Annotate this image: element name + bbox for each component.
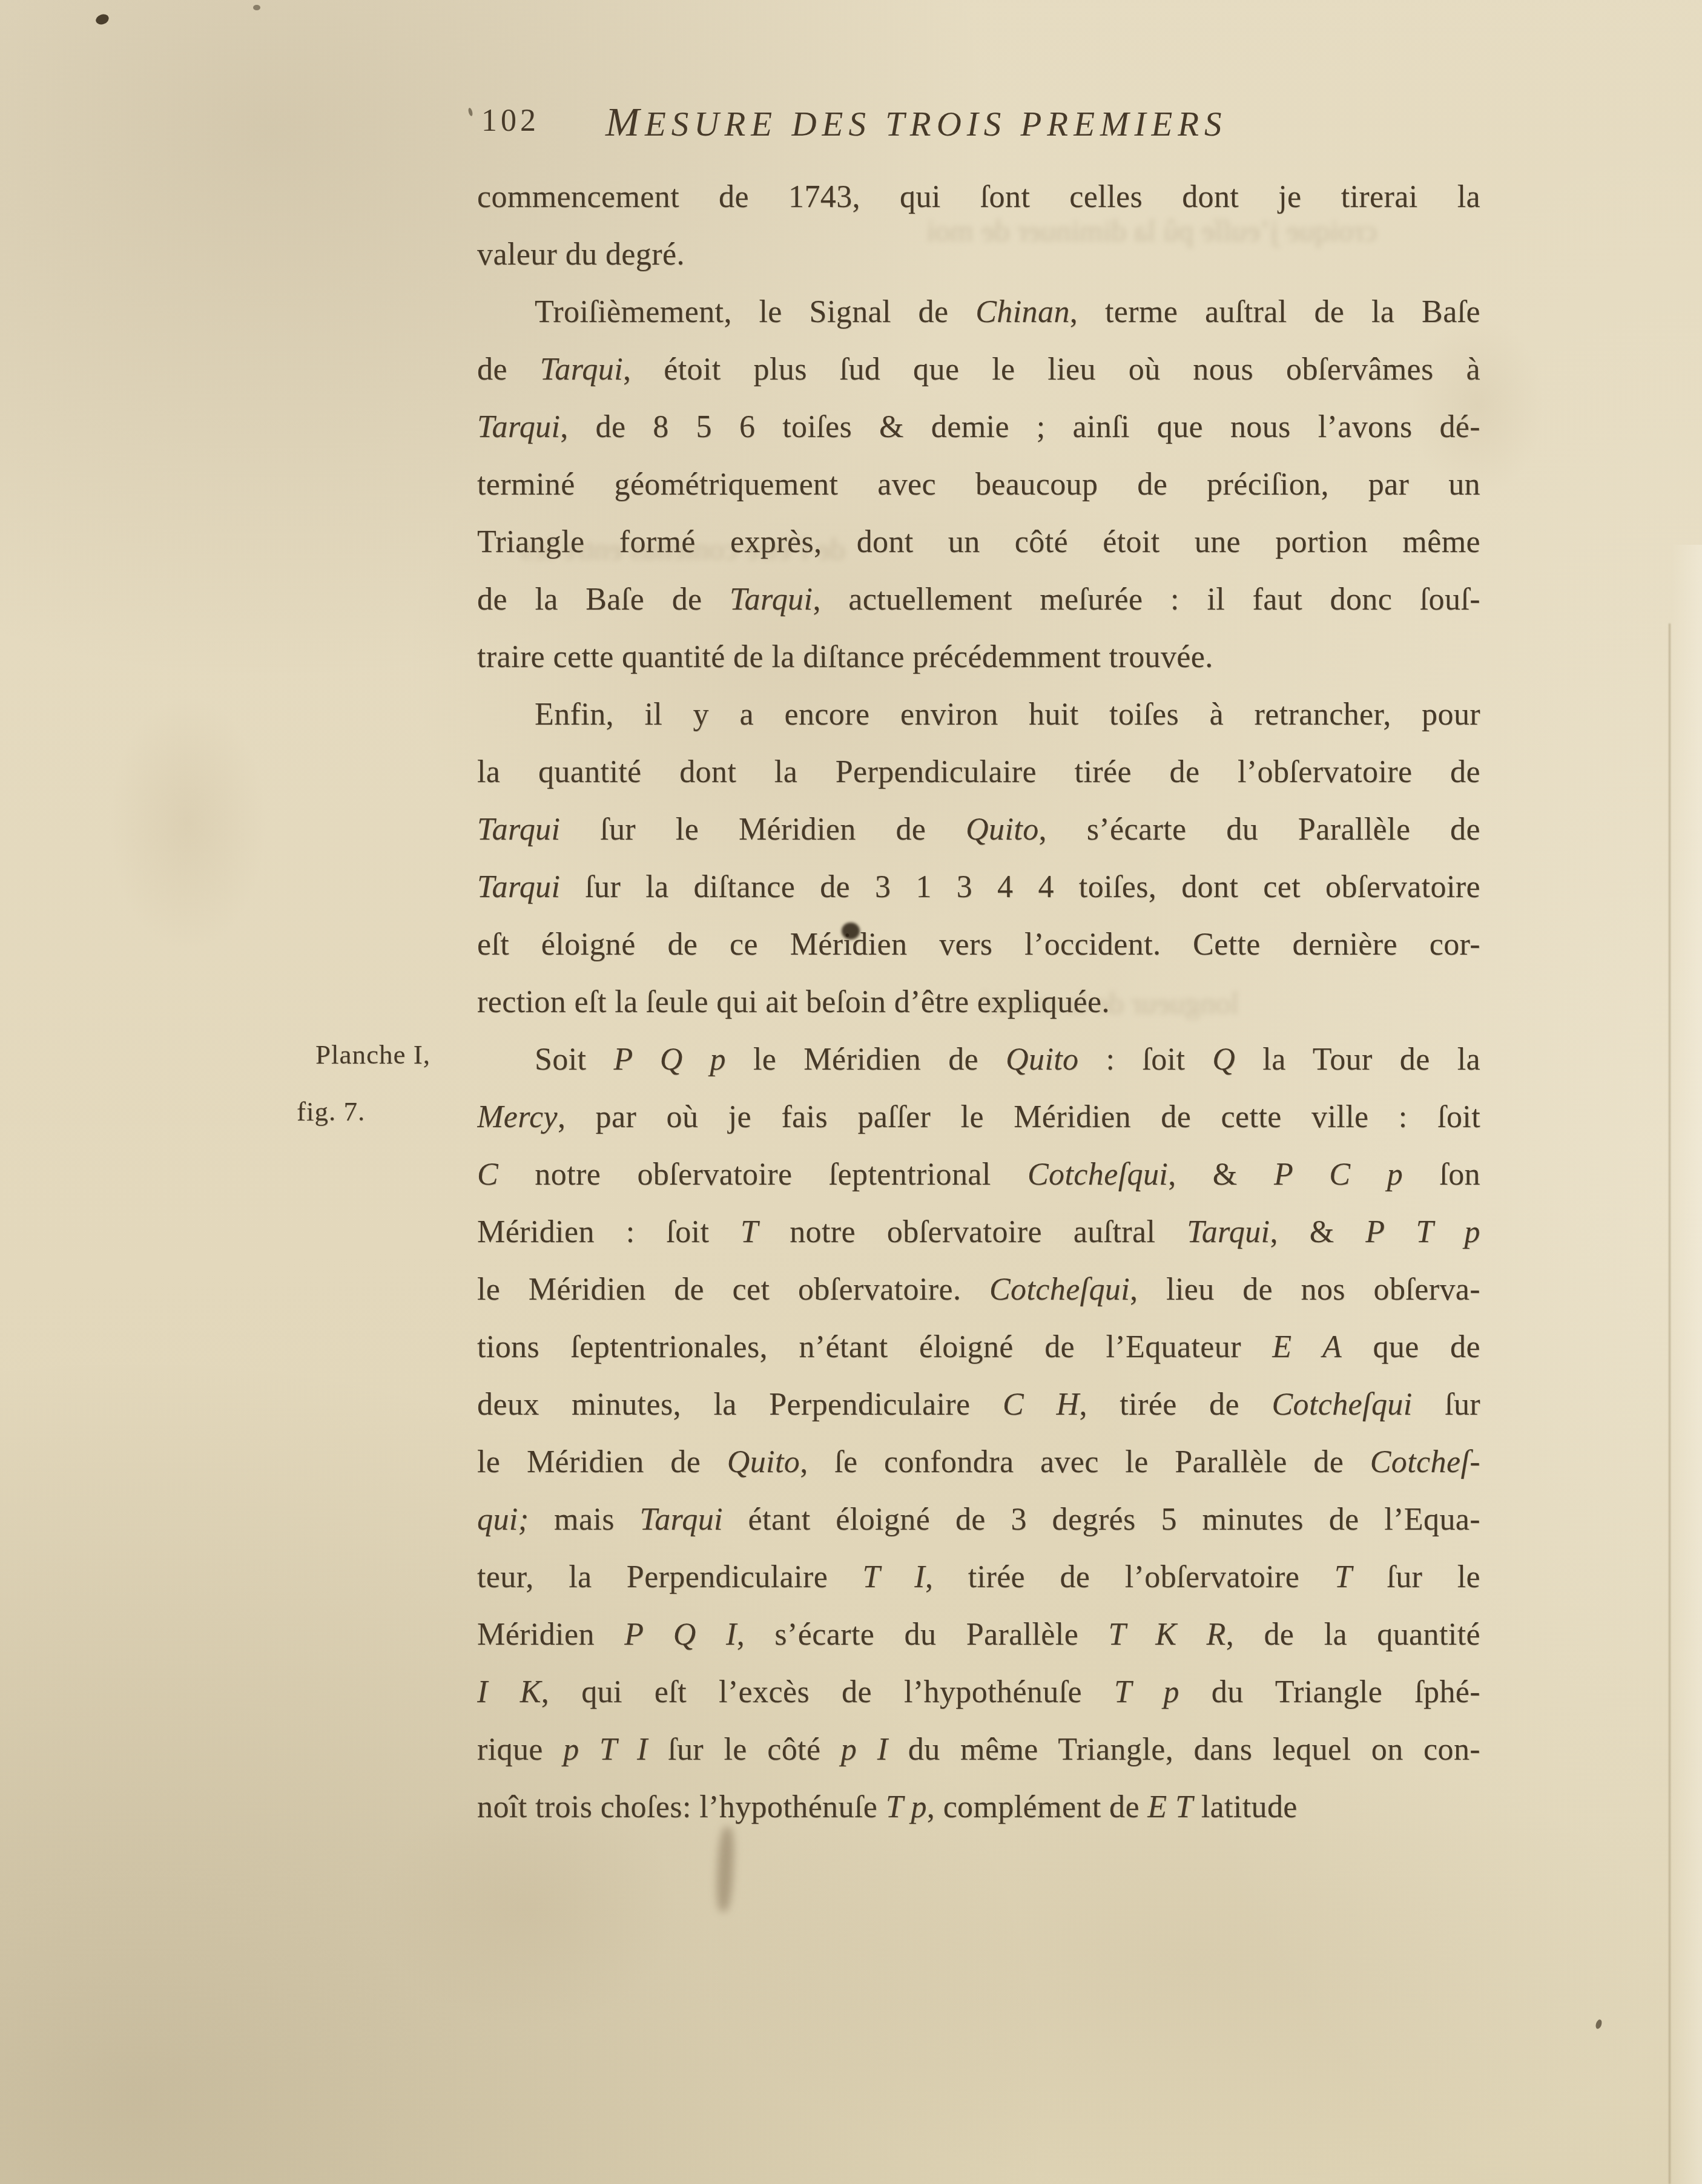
italic-text-segment: P C p <box>1274 1157 1403 1192</box>
ink-speck <box>1595 2019 1603 2030</box>
text-segment: noît trois choſes: l’hypothénuſe <box>477 1790 886 1824</box>
italic-text-segment: Tarqui <box>640 1502 723 1537</box>
italic-text-segment: T <box>1334 1560 1352 1594</box>
ink-speck <box>467 107 473 116</box>
italic-text-segment: Tarqui <box>730 582 813 617</box>
text-segment: étant éloigné de 3 degrés 5 minutes de l… <box>723 1502 1480 1537</box>
text-segment: , lieu de nos obſerva- <box>1130 1272 1480 1307</box>
text-line: Troiſièmement, le Signal de Chinan, term… <box>477 283 1480 341</box>
text-line: de Tarqui, étoit plus ſud que le lieu où… <box>477 341 1480 398</box>
italic-text-segment: T p <box>1114 1675 1179 1709</box>
paper-stain <box>109 696 266 950</box>
italic-text-segment: E A <box>1272 1330 1342 1364</box>
text-segment: , actuellement meſurée : il faut donc ſo… <box>813 582 1480 617</box>
italic-text-segment: Tarqui <box>477 812 560 847</box>
italic-text-segment: I K <box>477 1675 541 1709</box>
text-line: Triangle formé exprès, dont un côté étoi… <box>477 513 1480 571</box>
text-line: deux minutes, la Perpendiculaire C H, ti… <box>477 1376 1480 1433</box>
text-segment: , qui eſt l’excès de l’hypothénuſe <box>541 1675 1114 1709</box>
text-line: rique p T I ſur le côté p I du même Tria… <box>477 1721 1480 1778</box>
ink-smudge <box>715 1826 735 1912</box>
text-line: Enfin, il y a encore environ huit toiſes… <box>477 686 1480 743</box>
page-number: 102 <box>481 103 539 139</box>
text-segment: tions ſeptentrionales, n’étant éloigné d… <box>477 1330 1272 1364</box>
margin-note-figure: fig. 7. <box>297 1096 365 1127</box>
text-segment: rique <box>477 1732 563 1767</box>
text-segment: : ſoit <box>1079 1042 1213 1077</box>
text-line: Tarqui ſur la diſtance de 3 1 3 4 4 toiſ… <box>477 858 1480 916</box>
text-segment: la quantité dont la Perpendiculaire tiré… <box>477 755 1480 789</box>
text-line: Soit P Q p le Méridien de Quito : ſoit Q… <box>477 1031 1480 1088</box>
text-segment: de <box>477 352 540 387</box>
running-title: MESURE DES TROIS PREMIERS <box>605 99 1227 146</box>
text-segment: ſur la diſtance de 3 1 3 4 4 toiſes, don… <box>560 870 1480 904</box>
italic-text-segment: Cotcheſ- <box>1370 1445 1480 1479</box>
text-segment: ſur le <box>1352 1560 1480 1594</box>
italic-text-segment: Cotcheſqui <box>1027 1157 1168 1192</box>
text-line: valeur du degré. <box>477 226 1480 283</box>
text-line: eſt éloigné de ce Méridien vers l’occide… <box>477 916 1480 973</box>
text-segment: Enfin, il y a encore environ huit toiſes… <box>535 697 1480 732</box>
italic-text-segment: E T <box>1147 1790 1193 1824</box>
text-segment: , de 8 5 6 toiſes & demie ; ainſi que no… <box>560 410 1480 444</box>
text-line: Méridien P Q I, s’écarte du Parallèle T … <box>477 1606 1480 1663</box>
text-segment: terminé géométriquement avec beaucoup de… <box>477 467 1480 502</box>
text-segment: Troiſièmement, le Signal de <box>535 295 975 329</box>
italic-text-segment: qui; <box>477 1502 529 1537</box>
text-segment: la Tour de la <box>1235 1042 1480 1077</box>
text-line: le Méridien de cet obſervatoire. Cotcheſ… <box>477 1261 1480 1318</box>
text-segment: de la Baſe de <box>477 582 730 617</box>
text-segment: rection eſt la ſeule qui ait beſoin d’êt… <box>477 985 1110 1019</box>
text-line: Méridien : ſoit T notre obſervatoire auſ… <box>477 1203 1480 1261</box>
text-line: de la Baſe de Tarqui, actuellement meſur… <box>477 571 1480 628</box>
text-segment: commencement de 1743, qui ſont celles do… <box>477 180 1480 214</box>
text-segment: , & <box>1168 1157 1274 1192</box>
text-segment: Méridien : ſoit <box>477 1215 741 1249</box>
text-segment: le Méridien de cet obſervatoire. <box>477 1272 989 1307</box>
text-line: Mercy, par où je fais paſſer le Méridien… <box>477 1088 1480 1146</box>
text-segment: que de <box>1342 1330 1480 1364</box>
text-segment: ſur <box>1413 1387 1480 1422</box>
italic-text-segment: T I <box>862 1560 925 1594</box>
text-segment: du même Triangle, dans lequel on con- <box>888 1732 1480 1767</box>
text-line: rection eſt la ſeule qui ait beſoin d’êt… <box>477 973 1480 1031</box>
text-segment: ſur le côté <box>648 1732 841 1767</box>
text-segment: Méridien <box>477 1617 624 1652</box>
text-line: le Méridien de Quito, ſe confondra avec … <box>477 1433 1480 1491</box>
text-segment: , tirée de l’obſervatoire <box>925 1560 1334 1594</box>
text-line: I K, qui eſt l’excès de l’hypothénuſe T … <box>477 1663 1480 1721</box>
text-segment: le Méridien de <box>726 1042 1006 1077</box>
italic-text-segment: Mercy <box>477 1100 558 1134</box>
page-edge-highlight <box>1672 545 1702 2184</box>
text-segment: , ſe confondra avec le Parallèle de <box>800 1445 1370 1479</box>
text-segment: Soit <box>535 1042 613 1077</box>
italic-text-segment: C H <box>1003 1387 1079 1422</box>
italic-text-segment: Tarqui <box>477 410 560 444</box>
text-segment: , de la quantité <box>1226 1617 1480 1652</box>
text-line: Tarqui ſur le Méridien de Quito, s’écart… <box>477 801 1480 858</box>
italic-text-segment: P T p <box>1365 1215 1480 1249</box>
text-segment: deux minutes, la Perpendiculaire <box>477 1387 1003 1422</box>
italic-text-segment: Tarqui <box>1187 1215 1270 1249</box>
italic-text-segment: Cotcheſqui <box>989 1272 1130 1307</box>
italic-text-segment: P Q I <box>624 1617 737 1652</box>
italic-text-segment: Quito <box>727 1445 800 1479</box>
italic-text-segment: p T I <box>563 1732 647 1767</box>
text-line: la quantité dont la Perpendiculaire tiré… <box>477 743 1480 801</box>
italic-text-segment: Q <box>1212 1042 1235 1077</box>
text-segment: ſon <box>1403 1157 1480 1192</box>
text-segment: , par où je fais paſſer le Méridien de c… <box>558 1100 1480 1134</box>
text-segment: , & <box>1270 1215 1365 1249</box>
italic-text-segment: Quito <box>966 812 1038 847</box>
text-segment: valeur du degré. <box>477 237 685 272</box>
text-segment: , s’écarte du Parallèle <box>737 1617 1109 1652</box>
text-segment: , complément de <box>927 1790 1148 1824</box>
text-segment: , s’écarte du Parallèle de <box>1039 812 1480 847</box>
text-segment: latitude <box>1193 1790 1298 1824</box>
text-segment: Triangle formé exprès, dont un côté étoi… <box>477 525 1480 559</box>
italic-text-segment: Chinan <box>975 295 1070 329</box>
italic-text-segment: Quito <box>1006 1042 1078 1077</box>
text-line: terminé géométriquement avec beaucoup de… <box>477 456 1480 513</box>
margin-note-plate: Planche I, <box>315 1039 430 1070</box>
text-line: Tarqui, de 8 5 6 toiſes & demie ; ainſi … <box>477 398 1480 456</box>
italic-text-segment: C <box>477 1157 498 1192</box>
text-segment: ſur le Méridien de <box>560 812 966 847</box>
italic-text-segment: T K R <box>1108 1617 1225 1652</box>
text-line: commencement de 1743, qui ſont celles do… <box>477 168 1480 226</box>
body-text: commencement de 1743, qui ſont celles do… <box>477 168 1480 1836</box>
text-segment: notre obſervatoire auſtral <box>758 1215 1187 1249</box>
text-segment: mais <box>529 1502 639 1537</box>
text-segment: , étoit plus ſud que le lieu où nous obſ… <box>623 352 1480 387</box>
text-segment: traire cette quantité de la diſtance pré… <box>477 640 1213 674</box>
italic-text-segment: p I <box>841 1732 888 1767</box>
italic-text-segment: Cotcheſqui <box>1272 1387 1412 1422</box>
text-line: qui; mais Tarqui étant éloigné de 3 degr… <box>477 1491 1480 1548</box>
ink-speck <box>94 13 110 27</box>
text-line: noît trois choſes: l’hypothénuſe T p, co… <box>477 1778 1480 1836</box>
text-segment: le Méridien de <box>477 1445 727 1479</box>
text-segment: du Triangle ſphé- <box>1179 1675 1480 1709</box>
text-segment: , tirée de <box>1079 1387 1272 1422</box>
ink-speck <box>253 5 260 10</box>
text-line: tions ſeptentrionales, n’étant éloigné d… <box>477 1318 1480 1376</box>
italic-text-segment: T p <box>886 1790 927 1824</box>
book-page-scan: 102 MESURE DES TROIS PREMIERS croique j’… <box>0 0 1702 2184</box>
text-segment: , terme auſtral de la Baſe <box>1070 295 1480 329</box>
italic-text-segment: P Q p <box>613 1042 726 1077</box>
text-segment: notre obſervatoire ſeptentrional <box>498 1157 1027 1192</box>
text-segment: teur, la Perpendiculaire <box>477 1560 862 1594</box>
text-line: C notre obſervatoire ſeptentrional Cotch… <box>477 1146 1480 1203</box>
text-segment: eſt éloigné de ce Méridien vers l’occide… <box>477 927 1480 962</box>
text-line: traire cette quantité de la diſtance pré… <box>477 628 1480 686</box>
text-line: teur, la Perpendiculaire T I, tirée de l… <box>477 1548 1480 1606</box>
italic-text-segment: T <box>741 1215 758 1249</box>
italic-text-segment: Tarqui <box>477 870 560 904</box>
italic-text-segment: Tarqui <box>540 352 623 387</box>
page-edge-line <box>1669 623 1671 2184</box>
